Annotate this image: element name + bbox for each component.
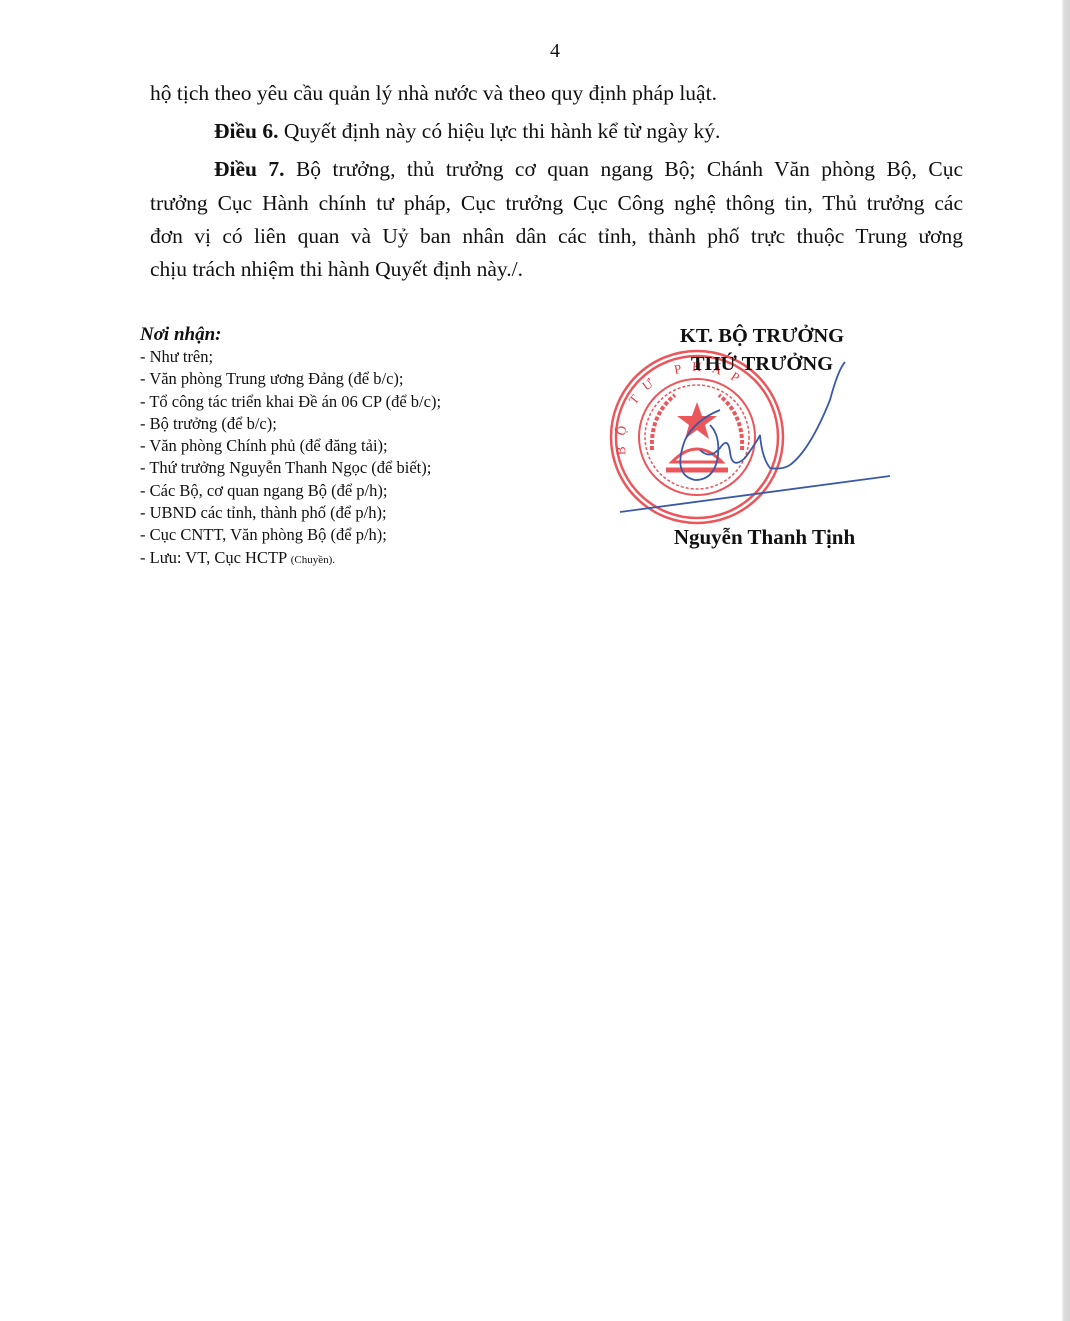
recipients-block: Nơi nhận: - Như trên; - Văn phòng Trung …: [140, 324, 441, 571]
signer-name: Nguyễn Thanh Tịnh: [612, 525, 917, 550]
archive-text: - Lưu: VT, Cục HCTP: [140, 548, 291, 567]
article-7: Điều 7. Bộ trưởng, thủ trưởng cơ quan ng…: [214, 153, 963, 187]
page-edge-shadow: [1062, 0, 1070, 1321]
recipient-item: - Bộ trưởng (để b/c);: [140, 413, 441, 435]
recipient-item: - Thứ trưởng Nguyễn Thanh Ngọc (để biết)…: [140, 457, 441, 479]
archive-note: (Chuyền).: [291, 554, 335, 566]
article-7-line-3: đơn vị có liên quan và Uỷ ban nhân dân c…: [150, 220, 963, 254]
article-7-line-2: trưởng Cục Hành chính tư pháp, Cục trưởn…: [150, 187, 963, 221]
article-6-label: Điều 6.: [214, 119, 279, 143]
page-number: 4: [0, 40, 1070, 63]
recipients-title: Nơi nhận:: [140, 324, 441, 346]
recipient-item: - Văn phòng Trung ương Đảng (để b/c);: [140, 368, 441, 390]
article-7-line-1: Bộ trưởng, thủ trưởng cơ quan ngang Bộ; …: [285, 157, 963, 181]
recipient-item: - Cục CNTT, Văn phòng Bộ (để p/h);: [140, 524, 441, 546]
signature-title-1: KT. BỘ TRƯỞNG: [612, 323, 912, 349]
recipient-item-archive: - Lưu: VT, Cục HCTP (Chuyền).: [140, 547, 441, 571]
recipient-item: - Các Bộ, cơ quan ngang Bộ (để p/h);: [140, 480, 441, 502]
recipient-item: - Văn phòng Chính phủ (để đăng tải);: [140, 435, 441, 457]
recipient-item: - UBND các tỉnh, thành phố (để p/h);: [140, 502, 441, 524]
body-line: hộ tịch theo yêu cầu quản lý nhà nước và…: [150, 77, 717, 111]
article-7-line-4: chịu trách nhiệm thi hành Quyết định này…: [150, 253, 523, 287]
article-6: Điều 6. Quyết định này có hiệu lực thi h…: [214, 115, 720, 149]
signature-title-2: THỨ TRƯỞNG: [612, 351, 912, 377]
document-page: 4 hộ tịch theo yêu cầu quản lý nhà nước …: [0, 0, 1062, 1321]
recipient-item: - Tổ công tác triển khai Đề án 06 CP (để…: [140, 391, 441, 413]
recipient-item: - Như trên;: [140, 346, 441, 368]
article-7-label: Điều 7.: [214, 157, 285, 181]
article-6-text: Quyết định này có hiệu lực thi hành kể t…: [279, 119, 721, 143]
